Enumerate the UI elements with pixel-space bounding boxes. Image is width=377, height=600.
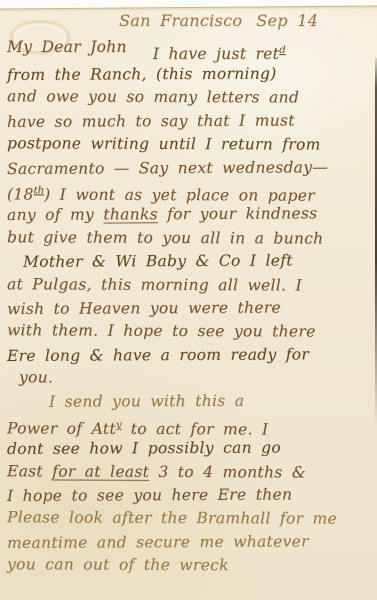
letter-body: San FranciscoSep 14 My Dear JohnI have j… — [7, 11, 374, 578]
letter-line: I send you with this a — [7, 390, 374, 415]
opening-phrase: I have just retd — [153, 45, 286, 63]
letter-line: Ere long & have a room ready for — [7, 343, 374, 368]
dateline-date: Sep 14 — [256, 11, 318, 30]
letter-line: (18th) I wont as yet place on paper — [7, 179, 374, 204]
letter-line: Sacramento — Say next wednesday— — [7, 156, 374, 181]
letter-line: meantime and secure me whatever — [7, 530, 374, 555]
salutation: My Dear John — [7, 38, 127, 56]
letter-line: dont see how I possibly can go — [7, 436, 374, 461]
dateline: San FranciscoSep 14 — [7, 11, 374, 38]
letter-line: Please look after the Bramhall for me — [7, 507, 374, 532]
letter-line: Power of Atty to act for me. I — [7, 413, 374, 438]
letter-line: at Pulgas, this morning all well. I — [7, 273, 374, 298]
letter-line: and owe you so many letters and — [7, 86, 374, 111]
letter-line: but give them to you all in a bunch — [7, 226, 374, 251]
letter-page: San FranciscoSep 14 My Dear JohnI have j… — [0, 0, 377, 600]
letter-line: any of my thanks for your kindness — [7, 202, 374, 227]
letter-line: postpone writing until I return from — [7, 132, 374, 157]
letter-line: Mother & Wi Baby & Co I left — [7, 249, 374, 274]
letter-line: you can out of the wreck — [7, 553, 374, 578]
letter-line: you. — [7, 366, 374, 391]
letter-line: from the Ranch, (this morning) — [7, 62, 374, 87]
letter-line: with them. I hope to see you there — [7, 319, 374, 344]
salutation-row: My Dear JohnI have just retd — [7, 38, 374, 63]
letter-line: have so much to say that I must — [7, 109, 374, 134]
dateline-place: San Francisco — [119, 11, 242, 30]
letter-line: I hope to see you here Ere then — [7, 483, 374, 508]
letter-line: East for at least 3 to 4 months & — [7, 460, 374, 485]
paper-top-edge — [0, 0, 377, 10]
letter-line: wish to Heaven you were there — [7, 296, 374, 321]
